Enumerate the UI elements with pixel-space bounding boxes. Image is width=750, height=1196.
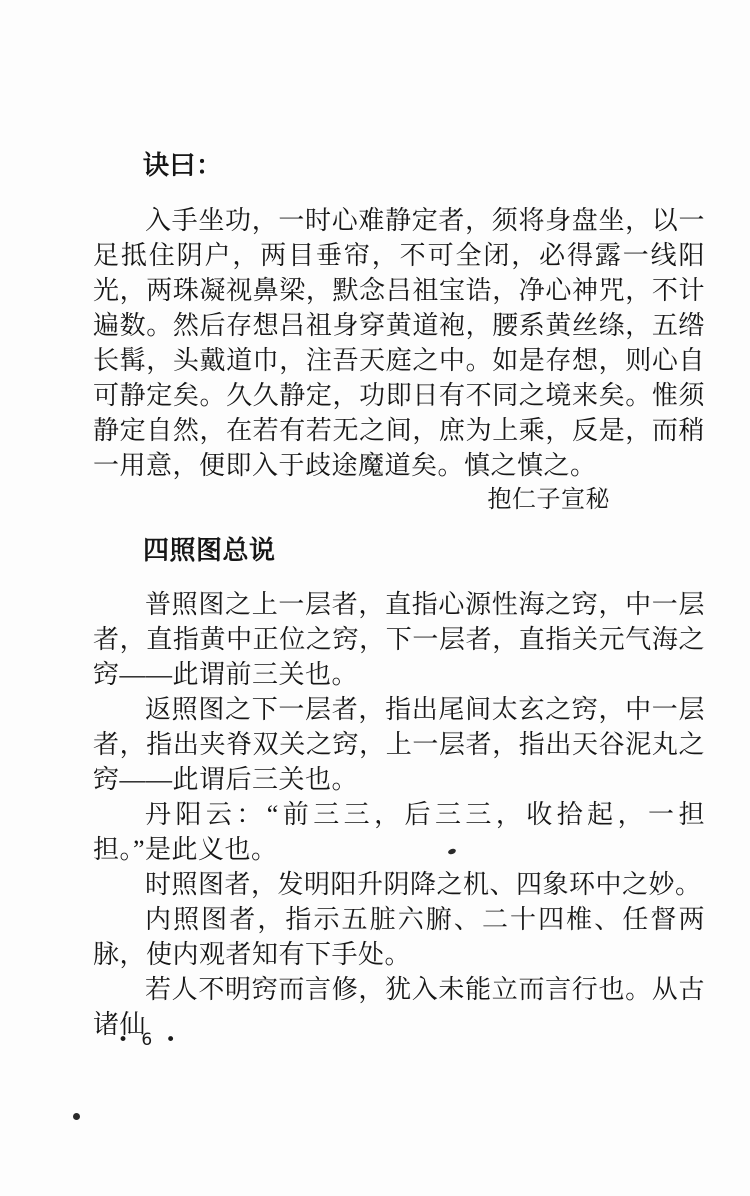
paragraph-shizhaotu: 时照图者，发明阳升阴降之机、四象环中之妙。 xyxy=(93,867,705,902)
scanned-book-page: 诀曰： 入手坐功，一时心难静定者，须将身盘坐，以一足抵住阴户，两目垂帘，不可全闭… xyxy=(0,0,750,1196)
paragraph-closing: 若人不明窍而言修，犹入未能立而言行也。从古诸仙 xyxy=(93,972,705,1042)
attribution-baorenzi: 抱仁子宣秘 xyxy=(93,483,705,518)
paragraph-danyang-quote: 丹阳云：“前三三，后三三，收拾起，一担担。”是此义也。 xyxy=(93,797,705,867)
section-heading-jueyue: 诀曰： xyxy=(93,148,705,183)
section-body: 普照图之上一层者，直指心源性海之窍，中一层者，直指黄中正位之窍，下一层者，直指关… xyxy=(93,587,705,1042)
page-content: 诀曰： 入手坐功，一时心难静定者，须将身盘坐，以一足抵住阴户，两目垂帘，不可全闭… xyxy=(93,148,705,1042)
paragraph-fanzhaotu: 返照图之下一层者，指出尾间太玄之窍，中一层者，指出夹脊双关之窍，上一层者，指出天… xyxy=(93,692,705,797)
paragraph-meditation-instructions: 入手坐功，一时心难静定者，须将身盘坐，以一足抵住阴户，两目垂帘，不可全闭，必得露… xyxy=(93,203,705,483)
section-heading-sizhaotu: 四照图总说 xyxy=(93,533,705,568)
paragraph-puzhaotu: 普照图之上一层者，直指心源性海之窍，中一层者，直指黄中正位之窍，下一层者，直指关… xyxy=(93,587,705,692)
scan-artifact-dot xyxy=(73,1113,80,1120)
page-number: • 6 • xyxy=(118,1030,180,1050)
paragraph-neizhaotu: 内照图者，指示五脏六腑、二十四椎、任督两脉，使内观者知有下手处。 xyxy=(93,902,705,972)
